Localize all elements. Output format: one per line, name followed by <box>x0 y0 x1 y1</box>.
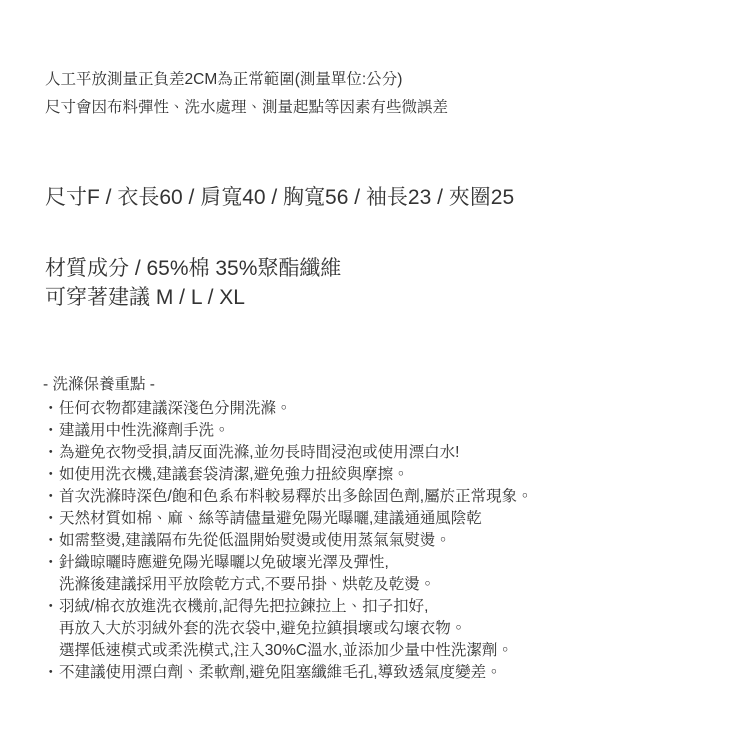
care-item: ・建議用中性洗滌劑手洗。 <box>43 420 722 442</box>
care-item: ・如使用洗衣機,建議套袋清潔,避免強力扭絞與摩擦。 <box>43 464 722 486</box>
care-item-text: 首次洗滌時深色/飽和色系布料較易釋於出多餘固色劑,屬於正常現象。 <box>59 488 533 505</box>
bullet-dot: ・ <box>43 420 59 442</box>
care-item-text: 洗滌後建議採用平放陰乾方式,不要吊掛、烘乾及乾燙。 <box>59 576 435 593</box>
bullet-dot: ・ <box>43 464 59 486</box>
material-composition: 材質成分 / 65%棉 35%聚酯纖維 <box>45 254 722 283</box>
care-item: ・首次洗滌時深色/飽和色系布料較易釋於出多餘固色劑,屬於正常現象。 <box>43 486 722 508</box>
care-item-continuation: 洗滌後建議採用平放陰乾方式,不要吊掛、烘乾及乾燙。 <box>43 574 722 596</box>
care-item: ・任何衣物都建議深淺色分開洗滌。 <box>43 398 722 420</box>
material-info: 材質成分 / 65%棉 35%聚酯纖維 可穿著建議 M / L / XL <box>45 254 722 312</box>
bullet-dot: ・ <box>43 442 59 464</box>
bullet-dot: ・ <box>43 530 59 552</box>
care-item-text: 如需整燙,建議隔布先從低溫開始熨燙或使用蒸氣氣熨燙。 <box>59 532 451 549</box>
measure-note: 人工平放測量正負差2CM為正常範圍(測量單位:公分) 尺寸會因布料彈性、洗水處理… <box>45 66 722 122</box>
care-item: ・天然材質如棉、麻、絲等請儘量避免陽光曝曬,建議通通風陰乾 <box>43 508 722 530</box>
care-item-continuation: 選擇低速模式或柔洗模式,注入30%C溫水,並添加少量中性洗潔劑。 <box>43 640 722 662</box>
bullet-dot: ・ <box>43 662 59 684</box>
size-info-line: 尺寸F / 衣長60 / 肩寬40 / 胸寬56 / 袖長23 / 夾圈25 <box>45 185 722 211</box>
bullet-dot: ・ <box>43 486 59 508</box>
care-item-text: 如使用洗衣機,建議套袋清潔,避免強力扭絞與摩擦。 <box>59 466 409 483</box>
care-section: - 洗滌保養重點 - ・任何衣物都建議深淺色分開洗滌。・建議用中性洗滌劑手洗。・… <box>43 374 722 684</box>
care-item-text: 羽絨/棉衣放進洗衣機前,記得先把拉鍊拉上、扣子扣好, <box>59 598 428 615</box>
care-item-text: 再放入大於羽絨外套的洗衣袋中,避免拉鎮損壞或勾壞衣物。 <box>59 620 466 637</box>
measure-note-line1: 人工平放測量正負差2CM為正常範圍(測量單位:公分) <box>45 66 722 94</box>
care-item: ・不建議使用漂白劑、柔軟劑,避免阻塞纖維毛孔,導致透氣度變差。 <box>43 662 722 684</box>
care-item: ・如需整燙,建議隔布先從低溫開始熨燙或使用蒸氣氣熨燙。 <box>43 530 722 552</box>
care-list: ・任何衣物都建議深淺色分開洗滌。・建議用中性洗滌劑手洗。・為避免衣物受損,請反面… <box>43 398 722 684</box>
bullet-dot: ・ <box>43 552 59 574</box>
care-item-text: 選擇低速模式或柔洗模式,注入30%C溫水,並添加少量中性洗潔劑。 <box>59 642 513 659</box>
care-item-text: 針織晾曬時應避免陽光曝曬以免破壞光澤及彈性, <box>59 554 389 571</box>
care-section-title: - 洗滌保養重點 - <box>43 374 722 396</box>
care-item-text: 任何衣物都建議深淺色分開洗滌。 <box>59 400 292 417</box>
care-item: ・為避免衣物受損,請反面洗滌,並勿長時間浸泡或使用漂白水! <box>43 442 722 464</box>
wear-suggestion: 可穿著建議 M / L / XL <box>45 283 722 312</box>
care-item-text: 建議用中性洗滌劑手洗。 <box>59 422 230 439</box>
product-description-panel: 人工平放測量正負差2CM為正常範圍(測量單位:公分) 尺寸會因布料彈性、洗水處理… <box>0 0 750 750</box>
care-item-text: 不建議使用漂白劑、柔軟劑,避免阻塞纖維毛孔,導致透氣度變差。 <box>59 664 502 681</box>
care-item: ・針織晾曬時應避免陽光曝曬以免破壞光澤及彈性, <box>43 552 722 574</box>
care-item-text: 為避免衣物受損,請反面洗滌,並勿長時間浸泡或使用漂白水! <box>59 444 459 461</box>
measure-note-line2: 尺寸會因布料彈性、洗水處理、測量起點等因素有些微誤差 <box>45 94 722 122</box>
bullet-dot: ・ <box>43 596 59 618</box>
care-item: ・羽絨/棉衣放進洗衣機前,記得先把拉鍊拉上、扣子扣好, <box>43 596 722 618</box>
bullet-dot: ・ <box>43 508 59 530</box>
care-item-continuation: 再放入大於羽絨外套的洗衣袋中,避免拉鎮損壞或勾壞衣物。 <box>43 618 722 640</box>
care-item-text: 天然材質如棉、麻、絲等請儘量避免陽光曝曬,建議通通風陰乾 <box>59 510 482 527</box>
bullet-dot: ・ <box>43 398 59 420</box>
